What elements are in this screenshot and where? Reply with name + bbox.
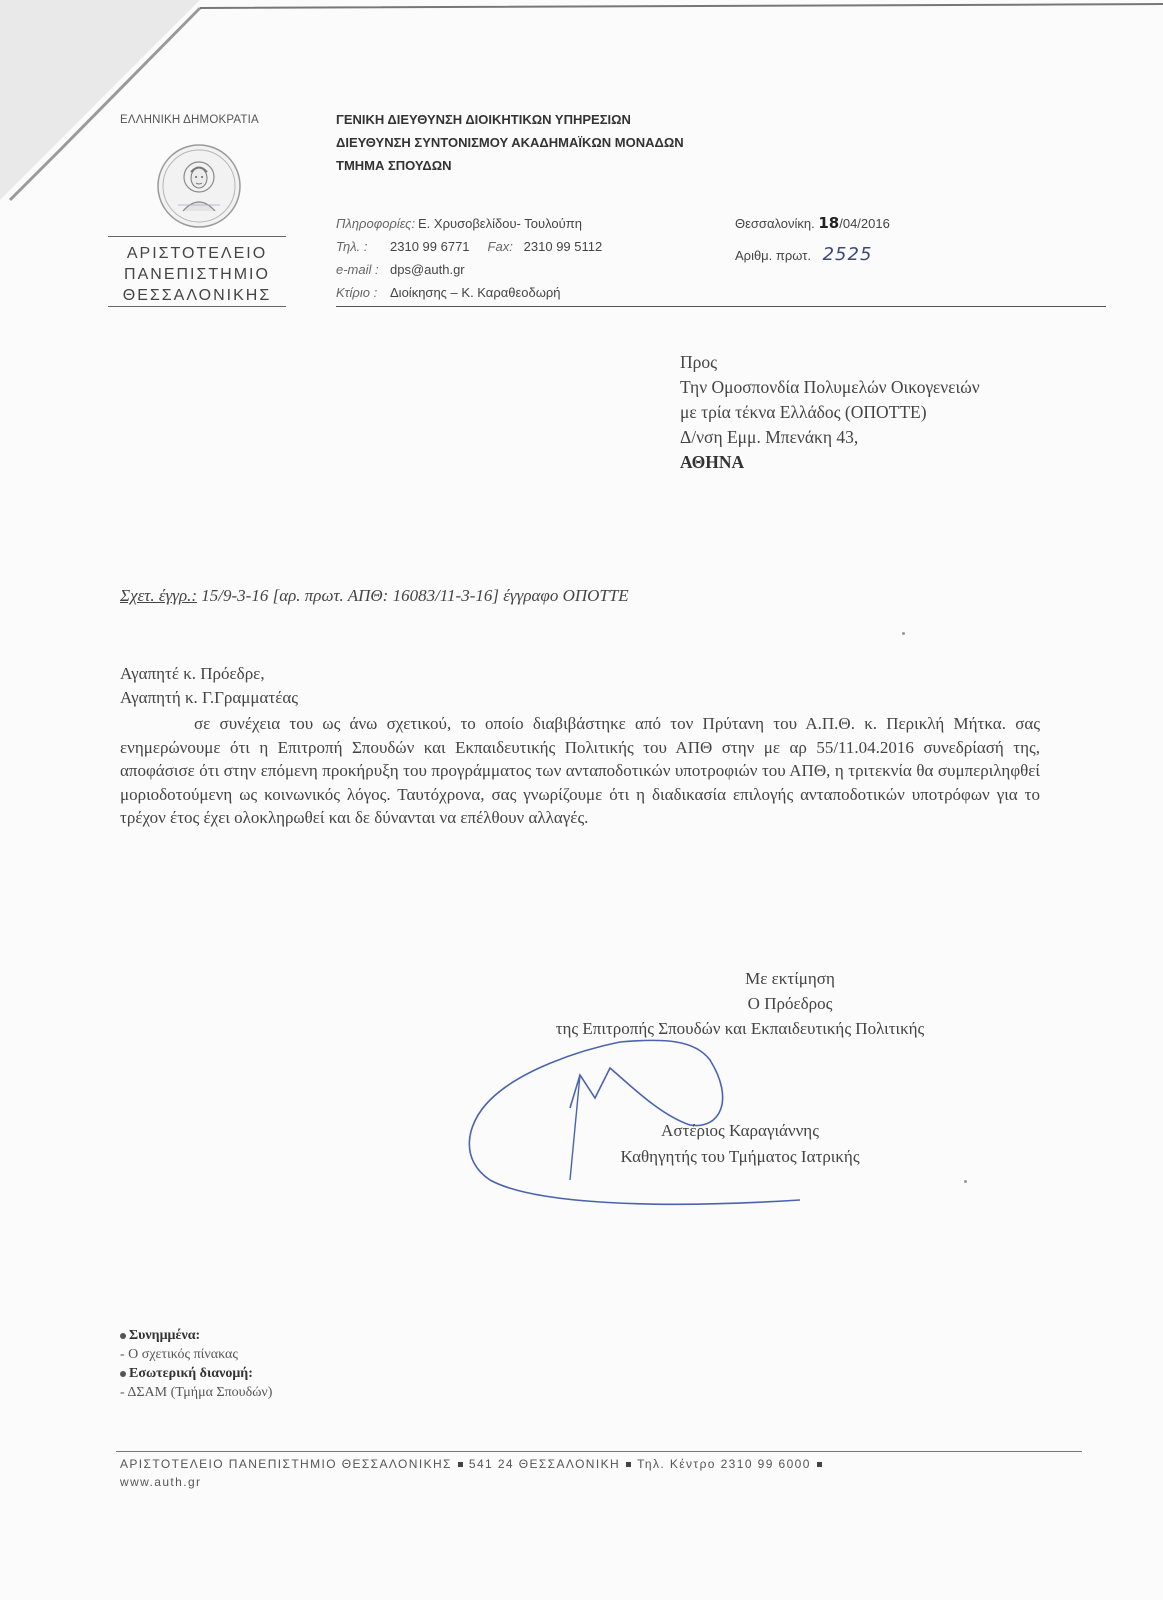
distribution-heading: Εσωτερική διανομή: — [129, 1366, 253, 1381]
protocol-label: Αριθμ. πρωτ. — [735, 248, 811, 263]
footer-phone: Τηλ. Κέντρο 2310 99 6000 — [637, 1457, 811, 1471]
signer-title: Καθηγητής του Τμήματος Ιατρικής — [560, 1144, 920, 1170]
protocol-row: Αριθμ. πρωτ. 2525 — [735, 243, 890, 267]
date-protocol-box: Θεσσαλονίκη. 18/04/2016 Αριθμ. πρωτ. 252… — [735, 212, 890, 267]
reference-label: Σχετ. έγγρ.: — [120, 586, 197, 605]
contact-building-row: Κτίριο :Διοίκησης – Κ. Καραθεοδωρή — [336, 281, 602, 304]
department-heading: ΓΕΝΙΚΗ ΔΙΕΥΘΥΝΣΗ ΔΙΟΙΚΗΤΙΚΩΝ ΥΠΗΡΕΣΙΩΝ Δ… — [336, 108, 684, 177]
salutation: Αγαπητέ κ. Πρόεδρε, Αγαπητή κ. Γ.Γραμματ… — [120, 662, 298, 710]
recipient-line: Δ/νση Εμμ. Μπενάκη 43, — [680, 425, 980, 450]
salutation-line: Αγαπητέ κ. Πρόεδρε, — [120, 662, 298, 686]
square-bullet-icon — [458, 1462, 463, 1467]
footer-address: 541 24 ΘΕΣΣΑΛΟΝΙΚΗ — [469, 1457, 620, 1471]
protocol-number-handwritten: 2525 — [823, 244, 873, 265]
footer-line: ΑΡΙΣΤΟΤΕΛΕΙΟ ΠΑΝΕΠΙΣΤΗΜΙΟ ΘΕΣΣΑΛΟΝΙΚΗΣ54… — [120, 1455, 828, 1473]
building-label: Κτίριο : — [336, 281, 390, 304]
department-line: ΓΕΝΙΚΗ ΔΙΕΥΘΥΝΣΗ ΔΙΟΙΚΗΤΙΚΩΝ ΥΠΗΡΕΣΙΩΝ — [336, 108, 684, 131]
reference-line: Σχετ. έγγρ.: 15/9-3-16 [αρ. πρωτ. ΑΠΘ: 1… — [120, 586, 629, 606]
scan-speck — [902, 632, 905, 635]
contact-email-row: e-mail :dps@auth.gr — [336, 258, 602, 281]
square-bullet-icon — [626, 1462, 631, 1467]
date-day-handwritten: 18 — [818, 214, 839, 232]
fax-value: 2310 99 5112 — [524, 239, 603, 254]
contact-info-row: Πληροφορίες:Ε. Χρυσοβελίδου- Τουλούπη — [336, 212, 602, 235]
university-name-line: ΑΡΙΣΤΟΤΕΛΕΙΟ — [108, 243, 286, 264]
distribution-item: - ΔΣΑΜ (Τμήμα Σπουδών) — [120, 1383, 272, 1402]
email-link[interactable]: dps@auth.gr — [390, 262, 465, 277]
signer-name: Αστέριος Καραγιάννης — [560, 1118, 920, 1144]
bullet-icon — [120, 1371, 126, 1377]
phone-label: Τηλ. : — [336, 235, 390, 258]
department-line: ΔΙΕΥΘΥΝΣΗ ΣΥΝΤΟΝΙΣΜΟΥ ΑΚΑΔΗΜΑΪΚΩΝ ΜΟΝΑΔΩ… — [336, 131, 684, 154]
recipient-block: Προς Την Ομοσπονδία Πολυμελών Οικογενειώ… — [680, 350, 980, 475]
university-name: ΑΡΙΣΤΟΤΕΛΕΙΟ ΠΑΝΕΠΙΣΤΗΜΙΟ ΘΕΣΣΑΛΟΝΙΚΗΣ — [108, 243, 286, 306]
letter-body: σε συνέχεια του ως άνω σχετικού, το οποί… — [120, 712, 1040, 830]
university-seal-icon — [156, 143, 242, 229]
divider — [108, 236, 286, 237]
recipient-line: Την Ομοσπονδία Πολυμελών Οικογενειών — [680, 375, 980, 400]
date-row: Θεσσαλονίκη. 18/04/2016 — [735, 212, 890, 235]
signer-block: Αστέριος Καραγιάννης Καθηγητής του Τμήμα… — [560, 1118, 920, 1170]
footer-divider — [116, 1451, 1082, 1452]
header-divider — [336, 306, 1106, 307]
university-name-line: ΠΑΝΕΠΙΣΤΗΜΙΟ — [108, 264, 286, 285]
contact-phone-row: Τηλ. :2310 99 6771Fax: 2310 99 5112 — [336, 235, 602, 258]
scan-speck — [964, 1180, 967, 1183]
attachment-item: - Ο σχετικός πίνακας — [120, 1345, 272, 1364]
attachments-block: Συνημμένα: - Ο σχετικός πίνακας Εσωτερικ… — [120, 1326, 272, 1402]
closing: Με εκτίμηση — [480, 966, 1000, 991]
contact-info: Πληροφορίες:Ε. Χρυσοβελίδου- Τουλούπη Τη… — [336, 212, 602, 304]
divider — [108, 306, 286, 307]
email-label: e-mail : — [336, 258, 390, 281]
government-label: ΕΛΛΗΝΙΚΗ ΔΗΜΟΚΡΑΤΙΑ — [120, 114, 259, 126]
attachments-heading: Συνημμένα: — [129, 1328, 200, 1343]
distribution-heading-row: Εσωτερική διανομή: — [120, 1364, 272, 1383]
date-rest: /04/2016 — [839, 216, 890, 231]
building-value: Διοίκησης – Κ. Καραθεοδωρή — [390, 285, 561, 300]
signer-committee: της Επιτροπής Σπουδών και Εκπαιδευτικής … — [480, 1016, 1000, 1041]
recipient-line: με τρία τέκνα Ελλάδος (ΟΠΟΤΤΕ) — [680, 400, 980, 425]
salutation-line: Αγαπητή κ. Γ.Γραμματέας — [120, 686, 298, 710]
footer-website-link[interactable]: www.auth.gr — [120, 1473, 828, 1491]
signoff-block: Με εκτίμηση Ο Πρόεδρος της Επιτροπής Σπο… — [480, 966, 1000, 1041]
university-name-line: ΘΕΣΣΑΛΟΝΙΚΗΣ — [108, 285, 286, 306]
recipient-city: ΑΘΗΝΑ — [680, 450, 980, 475]
attachments-heading-row: Συνημμένα: — [120, 1326, 272, 1345]
phone-value: 2310 99 6771 — [390, 239, 470, 254]
date-city: Θεσσαλονίκη. — [735, 216, 815, 231]
reference-text: 15/9-3-16 [αρ. πρωτ. ΑΠΘ: 16083/11-3-16]… — [197, 586, 629, 605]
department-line: ΤΜΗΜΑ ΣΠΟΥΔΩΝ — [336, 154, 684, 177]
footer-university: ΑΡΙΣΤΟΤΕΛΕΙΟ ΠΑΝΕΠΙΣΤΗΜΙΟ ΘΕΣΣΑΛΟΝΙΚΗΣ — [120, 1457, 452, 1471]
bullet-icon — [120, 1333, 126, 1339]
info-value: Ε. Χρυσοβελίδου- Τουλούπη — [418, 216, 582, 231]
footer: ΑΡΙΣΤΟΤΕΛΕΙΟ ΠΑΝΕΠΙΣΤΗΜΙΟ ΘΕΣΣΑΛΟΝΙΚΗΣ54… — [120, 1455, 828, 1491]
fax-label: Fax: — [488, 235, 513, 258]
signer-role: Ο Πρόεδρος — [480, 991, 1000, 1016]
recipient-line: Προς — [680, 350, 980, 375]
square-bullet-icon — [817, 1462, 822, 1467]
info-label: Πληροφορίες: — [336, 212, 418, 235]
